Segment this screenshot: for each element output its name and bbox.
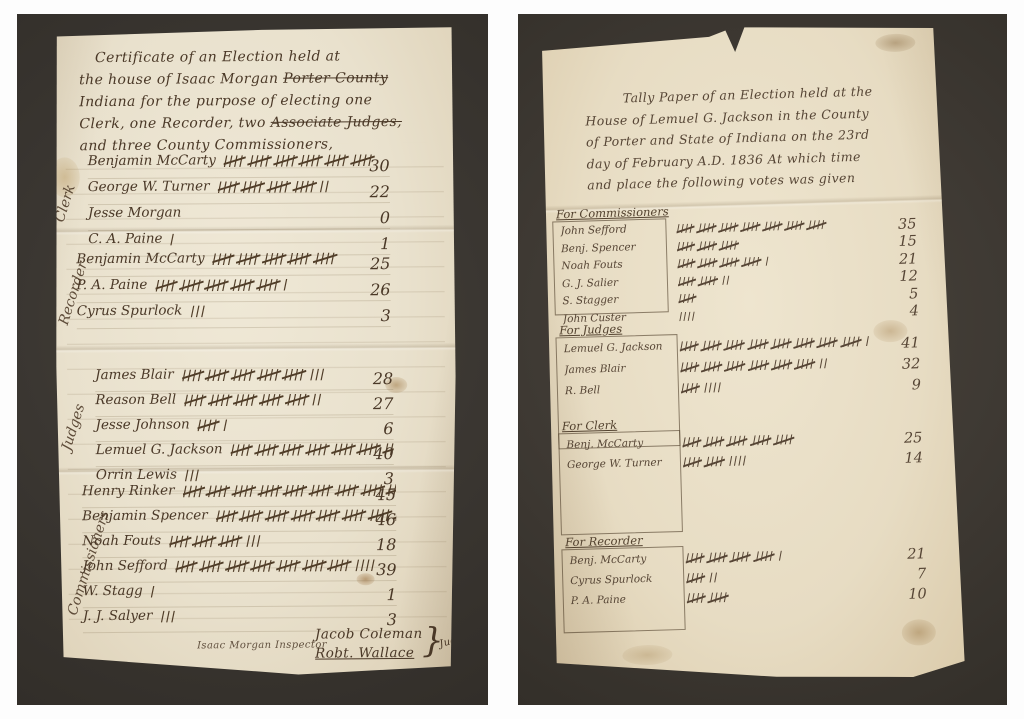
tally-group-of-five: |||| [720, 240, 739, 251]
tally-group-of-five: |||| [742, 257, 761, 268]
vote-count: 1 [357, 585, 397, 604]
right-doc-title: Tally Paper of an Election held at theHo… [585, 81, 876, 196]
tally-group-of-five: |||| [841, 336, 861, 348]
tally-group-of-five: |||| [207, 483, 231, 497]
tally-group-of-five: |||| [676, 224, 694, 234]
tally-group-of-five: |||| [698, 258, 717, 269]
title-text: Tally Paper of an Election held at the [623, 84, 873, 106]
vote-count: 26 [351, 280, 391, 299]
for-commissioners-results: John Sefford||||||||||||||||||||||||||||… [560, 215, 919, 330]
tally-group-of-five: |||| [678, 276, 696, 286]
tally-group-of-five: |||| [193, 533, 217, 547]
tally-group-of-five: |||| [748, 339, 768, 351]
tally-row: Henry Rinker||||||||||||||||||||||||||||… [82, 481, 396, 508]
tally-group-of-five: |||| [176, 558, 198, 572]
right-photo: Tally Paper of an Election held at theHo… [518, 14, 1007, 705]
tally-group-of-five: |||| [293, 179, 317, 193]
tally-group-of-five: |||| [751, 434, 771, 446]
tally-group-of-five: |||| [183, 483, 205, 497]
for-recorder-results: Benj. McCarty|||||||||||||||||21Cyrus Sp… [569, 543, 927, 613]
tally-group-of-five: |||| [772, 338, 792, 350]
judge-signature: Robt. Wallace [315, 644, 423, 664]
tally-group-of-five: |||| [702, 340, 722, 352]
title-line: Indiana for the purpose of electing one [79, 89, 402, 113]
tally-group-of-five: |||| [317, 507, 341, 521]
tally-group-of-five: |||| [263, 251, 287, 265]
tally-single-marks: ||| [309, 367, 327, 381]
candidate-name: Cyrus Spurlock [570, 572, 672, 587]
tally-group-of-five: |||| [216, 508, 238, 522]
tally-group-of-five: |||| [818, 337, 838, 349]
tally-group-of-five: |||| [248, 153, 272, 167]
candidate-name: Benj. Spencer [561, 240, 663, 255]
candidate-name: S. Stagger [562, 292, 664, 307]
section-label-judges: Judges [59, 402, 89, 453]
tally-single-marks: | [151, 584, 158, 598]
judges-results: James Blair|||||||||||||||||||||||28Reas… [95, 365, 394, 492]
candidate-name: Cyrus Spurlock [77, 303, 183, 320]
tally-group-of-five: |||| [705, 456, 725, 468]
candidate-name: John Sefford [82, 558, 167, 575]
tally-group-of-five: |||| [749, 359, 769, 371]
paper-stain [622, 644, 673, 665]
tally-group-of-five: |||| [332, 441, 356, 455]
vote-count: 7 [886, 566, 926, 583]
title-line: Certificate of an Election held at [95, 45, 402, 69]
tally-group-of-five: |||| [217, 179, 239, 193]
tally-row: Cyrus Spurlock|||3 [77, 301, 391, 329]
right-document: Tally Paper of an Election held at theHo… [535, 18, 967, 689]
tally-group-of-five: |||| [232, 367, 256, 381]
tally-single-marks: || [721, 275, 731, 285]
tally-group-of-five: |||| [266, 508, 290, 522]
recorder-results: Benjamin McCarty||||||||||||||||||||25P.… [76, 249, 391, 329]
tally-single-marks: || [819, 358, 830, 369]
tally-single-marks: || [319, 178, 332, 192]
vote-count: 12 [878, 268, 918, 285]
tally-group-of-five: |||| [182, 367, 204, 381]
tally-group-of-five: |||| [686, 572, 705, 584]
tally-group-of-five: |||| [698, 223, 717, 234]
candidate-name: Noah Fouts [82, 533, 161, 550]
for-judges-results: Lemuel G. Jackson|||||||||||||||||||||||… [564, 331, 922, 404]
candidate-name: Lemuel G. Jackson [96, 441, 223, 458]
candidate-name: George W. Turner [567, 456, 669, 471]
inspector-signature: Isaac Morgan Inspector [197, 640, 327, 652]
title-text: the house of Isaac Morgan [79, 71, 283, 88]
struck-text: Associate Judges, [271, 114, 402, 131]
tally-group-of-five: |||| [685, 552, 704, 564]
tally-group-of-five: |||| [257, 367, 281, 381]
clerk-results: Benjamin McCarty||||||||||||||||||||||||… [88, 151, 391, 257]
tally-single-marks: | [170, 232, 177, 246]
tally-group-of-five: |||| [267, 179, 291, 193]
vote-count: 46 [356, 510, 396, 529]
tally-group-of-five: |||| [703, 361, 723, 373]
tally-group-of-five: |||| [155, 278, 177, 292]
judge-signature: Jacob Coleman [315, 625, 423, 645]
section-label-clerk: Clerk [52, 182, 79, 224]
tally-row: Benjamin Spencer||||||||||||||||||||||||… [82, 506, 396, 533]
candidate-name: Jesse Johnson [95, 416, 189, 433]
tally-group-of-five: |||| [681, 382, 700, 394]
tally-group-of-five: |||| [213, 251, 235, 265]
tally-group-of-five: |||| [258, 483, 282, 497]
tally-group-of-five: |||| [226, 558, 250, 572]
tally-group-of-five: |||| [205, 277, 229, 291]
vote-count: 45 [356, 485, 396, 504]
tally-single-marks: ||| [185, 467, 202, 481]
vote-count: 6 [353, 419, 393, 438]
vote-count: 9 [881, 377, 921, 394]
tally-row: James Blair|||||||||||||||||||||||28 [95, 365, 393, 392]
tally-group-of-five: |||| [303, 558, 327, 572]
tally-single-marks: ||| [245, 533, 263, 547]
left-document: Certificate of an Election held atthe ho… [53, 25, 460, 680]
vote-count: 5 [878, 286, 918, 303]
commissioners-results: Henry Rinker||||||||||||||||||||||||||||… [82, 481, 397, 633]
tally-single-marks: || [708, 572, 719, 583]
candidate-name: P. A. Paine [76, 277, 147, 293]
tally-single-marks: || [311, 392, 324, 406]
candidate-name: Reason Bell [95, 392, 176, 409]
vote-count: 28 [353, 369, 393, 388]
candidate-name: Noah Fouts [561, 257, 663, 272]
tally-group-of-five: |||| [233, 483, 257, 497]
candidate-name: W. Stagg [83, 583, 143, 599]
title-text: Indiana for the purpose of electing one [79, 92, 372, 110]
vote-count: 14 [883, 450, 923, 467]
tally-row: Lemuel G. Jackson|||||||||||||||||||||||… [96, 440, 394, 467]
tally-single-marks: ||| [160, 609, 177, 623]
vote-count: 35 [876, 216, 916, 233]
candidate-name: Lemuel G. Jackson [564, 340, 666, 355]
tally-group-of-five: |||| [206, 367, 230, 381]
tally-row: George W. Turner||||||||||||||||||22 [88, 177, 390, 205]
tally-group-of-five: |||| [678, 294, 696, 304]
tally-single-marks: | [764, 256, 770, 266]
title-line: the house of Isaac Morgan Porter County [79, 67, 402, 91]
tally-row: Noah Fouts|||||||||||||||18 [82, 531, 396, 558]
tally-group-of-five: |||| [680, 361, 699, 373]
tally-group-of-five: |||| [785, 220, 804, 231]
tally-group-of-five: |||| [772, 359, 792, 371]
tally-group-of-five: |||| [708, 552, 728, 564]
tally-group-of-five: |||| [774, 434, 794, 446]
tally-group-of-five: |||| [807, 220, 826, 231]
candidate-name: G. J. Salier [562, 275, 664, 290]
vote-count: 3 [351, 306, 391, 325]
tally-group-of-five: |||| [795, 337, 815, 349]
tally-row: W. Stagg|1 [83, 581, 397, 608]
tally-group-of-five: |||| [288, 251, 312, 265]
vote-count: 27 [353, 394, 393, 413]
vote-count: 40 [354, 444, 394, 463]
tally-group-of-five: |||| [763, 221, 782, 232]
tally-group-of-five: |||| [677, 241, 695, 251]
vote-count: 22 [350, 182, 390, 201]
tally-row: Reason Bell||||||||||||||||||||||27 [95, 390, 393, 417]
tally-single-marks: | [222, 417, 230, 431]
vote-count: 15 [877, 233, 917, 250]
tally-group-of-five: |||| [310, 482, 334, 496]
tally-single-marks: | [778, 550, 785, 561]
tally-group-of-five: |||| [725, 339, 745, 351]
vote-count: 18 [356, 535, 396, 554]
tally-group-of-five: |||| [705, 436, 725, 448]
tally-group-of-five: |||| [277, 558, 301, 572]
tally-group-of-five: |||| [291, 508, 315, 522]
vote-count: 4 [879, 303, 919, 320]
tally-single-marks: |||| [679, 311, 697, 321]
vote-count: 39 [356, 560, 396, 579]
candidate-name: J. J. Salyer [83, 608, 153, 624]
tally-group-of-five: |||| [709, 592, 729, 604]
vote-count: 41 [880, 335, 920, 352]
tally-row: Jesse Johnson|||||6 [95, 415, 393, 442]
tally-single-marks: |||| [703, 382, 723, 394]
tally-group-of-five: |||| [300, 153, 324, 167]
candidate-name: Jesse Morgan [88, 205, 181, 222]
tally-group-of-five: |||| [677, 259, 695, 269]
tally-group-of-five: |||| [208, 392, 232, 406]
tally-group-of-five: |||| [741, 222, 760, 233]
vote-count: 30 [350, 156, 390, 175]
struck-text: Porter County [283, 70, 388, 87]
judges-signatures: Jacob Coleman Robt. Wallace [315, 625, 423, 664]
candidate-name: P. A. Paine [571, 592, 673, 607]
tally-group-of-five: |||| [682, 436, 701, 448]
tally-group-of-five: |||| [251, 558, 275, 572]
tally-group-of-five: |||| [728, 435, 748, 447]
tally-group-of-five: |||| [242, 179, 266, 193]
tally-group-of-five: |||| [795, 358, 815, 370]
fold-crease [55, 343, 457, 354]
tally-group-of-five: |||| [198, 417, 220, 431]
tally-group-of-five: |||| [184, 392, 206, 406]
candidate-name: John Sefford [560, 222, 662, 237]
tally-group-of-five: |||| [754, 550, 774, 562]
candidate-name: R. Bell [565, 382, 667, 397]
tally-group-of-five: |||| [314, 250, 338, 264]
tally-group-of-five: |||| [699, 275, 718, 286]
tally-row: Jesse Morgan0 [88, 203, 390, 231]
tally-group-of-five: |||| [200, 558, 224, 572]
title-text: Certificate of an Election held at [95, 48, 341, 66]
tally-single-marks: | [282, 277, 290, 291]
candidate-name: Orrin Lewis [96, 467, 177, 484]
tally-group-of-five: |||| [180, 277, 204, 291]
tally-group-of-five: |||| [281, 442, 305, 456]
tally-group-of-five: |||| [240, 508, 264, 522]
tally-group-of-five: |||| [680, 340, 699, 352]
tally-group-of-five: |||| [325, 152, 349, 166]
title-text: and place the following votes was given [587, 170, 856, 192]
tally-row: John Sefford||||||||||||||||||||||||||||… [82, 556, 396, 583]
tally-group-of-five: |||| [231, 277, 255, 291]
paper-stain [901, 619, 936, 646]
tally-group-of-five: |||| [284, 483, 308, 497]
tally-group-of-five: |||| [169, 533, 191, 547]
tally-group-of-five: |||| [224, 153, 246, 167]
vote-count: 0 [350, 208, 390, 227]
candidate-name: Benj. McCarty [566, 436, 668, 451]
left-doc-title: Certificate of an Election held atthe ho… [79, 45, 402, 157]
title-line: Clerk, one Recorder, two Associate Judge… [79, 111, 402, 135]
tally-group-of-five: |||| [698, 240, 717, 251]
tally-group-of-five: |||| [687, 592, 706, 604]
tally-row: P. A. Paine|||||||||||||||||||||26 [76, 275, 390, 303]
title-text: Clerk, one Recorder, two [79, 115, 270, 132]
candidate-name: Benj. McCarty [570, 552, 672, 567]
candidate-name: George W. Turner [88, 178, 210, 195]
tally-group-of-five: |||| [255, 442, 279, 456]
candidate-name: C. A. Paine [88, 231, 162, 248]
tally-group-of-five: |||| [719, 222, 738, 233]
tally-group-of-five: |||| [234, 392, 258, 406]
tally-row: Benjamin McCarty||||||||||||||||||||||||… [88, 151, 390, 179]
vote-count: 21 [885, 546, 925, 563]
tally-group-of-five: |||| [285, 392, 309, 406]
candidate-name: Benjamin McCarty [76, 250, 204, 267]
vote-count: 10 [887, 586, 927, 603]
tally-single-marks: | [864, 336, 871, 347]
paper-stain [875, 33, 915, 52]
tally-group-of-five: |||| [329, 557, 353, 571]
candidate-name: James Blair [95, 367, 174, 384]
tally-group-of-five: |||| [260, 392, 284, 406]
tally-group-of-five: |||| [283, 367, 307, 381]
tally-group-of-five: |||| [257, 277, 281, 291]
tally-group-of-five: |||| [231, 442, 253, 456]
tally-group-of-five: |||| [726, 360, 746, 372]
vote-count: 32 [880, 356, 920, 373]
tally-single-marks: |||| [728, 455, 748, 467]
tally-group-of-five: |||| [274, 153, 298, 167]
candidate-name: Benjamin McCarty [88, 152, 216, 169]
tally-row: Benjamin McCarty||||||||||||||||||||25 [76, 249, 390, 277]
vote-count: 25 [882, 430, 922, 447]
tally-group-of-five: |||| [219, 533, 243, 547]
vote-count: 25 [350, 254, 390, 273]
tally-group-of-five: |||| [306, 441, 330, 455]
photo-collage: Certificate of an Election held atthe ho… [0, 0, 1024, 719]
left-photo: Certificate of an Election held atthe ho… [17, 14, 488, 705]
tally-group-of-five: |||| [720, 257, 739, 268]
tally-group-of-five: |||| [237, 251, 261, 265]
tally-group-of-five: |||| [683, 456, 702, 468]
candidate-name: James Blair [564, 361, 666, 376]
for-clerk-results: Benj. McCarty||||||||||||||||||||25Georg… [566, 427, 923, 477]
candidate-name: Benjamin Spencer [82, 507, 208, 524]
candidate-name: Henry Rinker [82, 483, 175, 500]
vote-count: 21 [877, 251, 917, 268]
tally-single-marks: ||| [190, 303, 207, 317]
tally-group-of-five: |||| [731, 551, 751, 563]
